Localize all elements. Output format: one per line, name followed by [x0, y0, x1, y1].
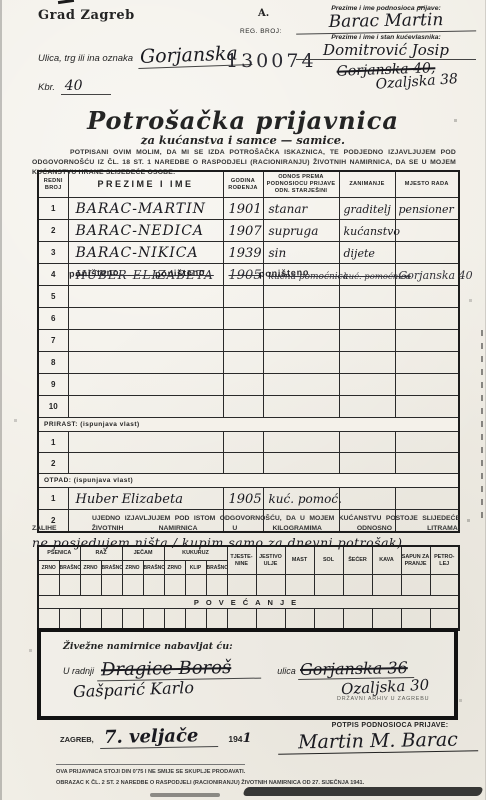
cell-year: 1939 — [223, 242, 263, 264]
cell-num: 9 — [38, 374, 68, 396]
cell-year: 1901 — [223, 198, 263, 220]
section-letter: A. — [258, 8, 269, 19]
supply-cell — [164, 609, 185, 631]
cell-relation — [263, 432, 339, 453]
supply-cell — [38, 609, 59, 631]
supply-cell — [314, 575, 343, 596]
household-members-table: REDNI BROJ PREZIME I IME GODINA ROĐENJA … — [37, 170, 460, 533]
cell-year — [223, 286, 263, 308]
form-title: Potrošačka prijavnica — [0, 106, 486, 135]
cell-name: BARAC-NIKICA — [68, 242, 223, 264]
cell-relation: kuć. pomoć. — [263, 488, 339, 510]
scanned-form-page: Grad Zagreb Ulica, trg ili ina oznaka Go… — [0, 0, 486, 800]
signature-handwritten: Martin M. Barac — [278, 728, 478, 754]
cell-occupation — [339, 286, 395, 308]
scan-mark-top — [58, 0, 74, 4]
supply-cell — [256, 575, 285, 596]
member-row-1: 1 BARAC-MARTIN 1901 stanar graditelj pen… — [38, 198, 459, 220]
name-handwritten: Huber Elizabeta — [76, 492, 183, 507]
col-jecam: JEČAM — [122, 546, 164, 561]
supply-cell — [372, 609, 401, 631]
cell-num: 10 — [38, 396, 68, 418]
sub-brasno: BRAŠNO — [206, 561, 227, 575]
workplace-handwritten — [396, 225, 399, 238]
prirast-row-2: 2 — [38, 453, 459, 474]
cell-num: 2 — [38, 453, 68, 474]
cell-name — [68, 330, 223, 352]
supply-cell — [80, 575, 101, 596]
cell-relation: stanar — [263, 198, 339, 220]
year-printed: 194 — [228, 734, 242, 744]
year-handwritten: 1905 — [224, 268, 262, 283]
cell-occupation: dijete — [339, 242, 395, 264]
supply-cell — [101, 609, 122, 631]
cell-occupation — [339, 432, 395, 453]
prirast-label: PRIRAST: (ispunjava vlast) — [38, 418, 459, 432]
cell-relation: sin — [263, 242, 339, 264]
cell-year: 1905 — [223, 264, 263, 286]
supplies-empty-row-2 — [38, 609, 459, 631]
scan-smudge — [242, 787, 483, 796]
supply-cell — [256, 609, 285, 631]
cell-year — [223, 308, 263, 330]
cell-year — [223, 453, 263, 474]
supply-cell — [122, 609, 143, 631]
cell-occupation: kuć. pomoćnica — [339, 264, 395, 286]
workplace-handwritten: Gorjanska 40 — [396, 269, 473, 282]
supply-cell — [164, 575, 185, 596]
applicant-name-handwritten: Barac Martin — [296, 10, 476, 34]
ponisteno-stamp: poništeno — [258, 267, 309, 279]
relation-handwritten: supruga — [264, 224, 319, 238]
cell-year — [223, 374, 263, 396]
cell-num: 3 — [38, 242, 68, 264]
cell-occupation: graditelj — [339, 198, 395, 220]
supply-cell — [343, 575, 372, 596]
supply-cell — [185, 575, 206, 596]
cell-name — [68, 286, 223, 308]
sub-klip: KLIP — [185, 561, 206, 575]
cell-num: 1 — [38, 432, 68, 453]
landlord-label: Prezime i ime i stan kućevlasnika: — [296, 34, 476, 41]
cell-occupation — [339, 488, 395, 510]
sub-zrno: ZRNO — [122, 561, 143, 575]
supply-cell — [59, 575, 80, 596]
supply-cell — [227, 609, 256, 631]
occupation-handwritten: dijete — [340, 247, 375, 260]
cell-name: BARAC-MARTIN — [68, 198, 223, 220]
date-handwritten: 7. veljače — [100, 725, 219, 749]
col-redni-broj: REDNI BROJ — [38, 171, 68, 198]
cell-workplace — [395, 308, 459, 330]
col-zanimanje: ZANIMANJE — [339, 171, 395, 198]
cell-name — [68, 396, 223, 418]
cell-num: 8 — [38, 352, 68, 374]
otpad-band: OTPAD: (ispunjava vlast) — [38, 474, 459, 488]
cell-relation — [263, 286, 339, 308]
shop-heading: Živežne namirnice nabavljat ću: — [63, 641, 233, 652]
supply-cell — [314, 609, 343, 631]
workplace-handwritten — [396, 247, 399, 260]
supplies-statement-printed: UJEDNO IZJAVLJUJEM POD ISTOM ODGOVORNOŠĆ… — [32, 515, 460, 532]
cell-num: 1 — [38, 198, 68, 220]
header-right-block: Prezime i ime podnosioca prijave: Barac … — [296, 4, 476, 92]
supply-cell — [59, 609, 80, 631]
cell-workplace — [395, 242, 459, 264]
occupation-handwritten: graditelj — [340, 203, 391, 216]
cell-relation: supruga — [263, 220, 339, 242]
form-subtitle: za kućanstva i samce — samice. — [0, 133, 486, 147]
col-kava: KAVA — [372, 546, 401, 575]
col-petrolej: PETRO- LEJ — [430, 546, 459, 575]
col-godina: GODINA ROĐENJA — [223, 171, 263, 198]
cell-workplace — [395, 286, 459, 308]
povecanje-band: POVEĆANJE — [38, 596, 459, 609]
cell-workplace: pensioner — [395, 198, 459, 220]
supply-cell — [285, 575, 314, 596]
radnji-label: U radnji — [63, 666, 94, 676]
member-row-8: 8 — [38, 352, 459, 374]
street-line: Ulica, trg ili ina oznaka Gorjanska — [38, 44, 251, 67]
cell-workplace — [395, 432, 459, 453]
supply-cell — [143, 575, 164, 596]
kbr-label: Kbr. — [38, 82, 55, 93]
landlord-name-handwritten: Domitrović Josip — [296, 41, 476, 60]
scan-dash-right — [481, 330, 483, 520]
city-name: Grad Zagreb — [38, 8, 135, 23]
year-handwritten: 1 — [243, 731, 252, 746]
sub-brasno: BRAŠNO — [143, 561, 164, 575]
cell-relation — [263, 330, 339, 352]
sub-zrno: ZRNO — [164, 561, 185, 575]
member-row-6: 6 — [38, 308, 459, 330]
cell-num: 6 — [38, 308, 68, 330]
occupation-handwritten: kućanstvo — [340, 225, 400, 238]
cell-workplace — [395, 220, 459, 242]
col-kukuruz: KUKURUZ — [164, 546, 227, 561]
cell-name — [68, 453, 223, 474]
year-handwritten: 1905 — [224, 492, 262, 507]
cell-num: 5 — [38, 286, 68, 308]
members-header-row: REDNI BROJ PREZIME I IME GODINA ROĐENJA … — [38, 171, 459, 198]
cell-relation — [263, 352, 339, 374]
member-row-3: 3 BARAC-NIKICA 1939 sin dijete — [38, 242, 459, 264]
supply-cell — [143, 609, 164, 631]
supply-cell — [343, 609, 372, 631]
sub-brasno: BRAŠNO — [59, 561, 80, 575]
otpad-label: OTPAD: (ispunjava vlast) — [38, 474, 459, 488]
supply-cell — [430, 575, 459, 596]
cell-name: Huber Elizabeta — [68, 488, 223, 510]
supply-cell — [185, 609, 206, 631]
ulica-label: ulica — [277, 666, 296, 676]
cell-occupation — [339, 374, 395, 396]
ponisteno-stamp: poništeno — [68, 267, 119, 279]
supply-cell — [401, 609, 430, 631]
cell-num: 2 — [38, 220, 68, 242]
col-tjestenine: TJESTE- NINE — [227, 546, 256, 575]
cell-workplace — [395, 396, 459, 418]
relation-handwritten: stanar — [264, 202, 308, 216]
year-handwritten: 1939 — [224, 246, 262, 261]
supply-cell — [206, 575, 227, 596]
cell-name — [68, 432, 223, 453]
cell-year — [223, 330, 263, 352]
supplies-table: PŠENICA RAŽ JEČAM KUKURUZ TJESTE- NINE J… — [37, 545, 460, 631]
supply-cell — [122, 575, 143, 596]
cell-occupation — [339, 396, 395, 418]
cell-num: 4 — [38, 264, 68, 286]
name-handwritten: BARAC-NIKICA — [76, 245, 199, 261]
col-mjesto-rada: MJESTO RADA — [395, 171, 459, 198]
cell-workplace — [395, 352, 459, 374]
cell-name: HUBER-ELIZABETA poništeno poništeno poni… — [68, 264, 223, 286]
col-secer: ŠEĆER — [343, 546, 372, 575]
supply-cell — [227, 575, 256, 596]
supply-cell — [38, 575, 59, 596]
year-handwritten: 1901 — [224, 202, 262, 217]
workplace-handwritten: pensioner — [396, 203, 454, 216]
col-prezime-ime: PREZIME I IME — [68, 171, 223, 198]
cell-name: BARAC-NEDICA — [68, 220, 223, 242]
cell-workplace — [395, 453, 459, 474]
povecanje-label: POVEĆANJE — [38, 596, 459, 609]
cell-name — [68, 308, 223, 330]
col-jestivo-ulje: JESTIVO ULJE — [256, 546, 285, 575]
street-label: Ulica, trg ili ina oznaka — [38, 53, 133, 64]
sub-brasno: BRAŠNO — [101, 561, 122, 575]
col-raz: RAŽ — [80, 546, 122, 561]
cell-year — [223, 352, 263, 374]
cell-occupation — [339, 330, 395, 352]
cell-workplace — [395, 330, 459, 352]
supply-cell — [285, 609, 314, 631]
cell-occupation — [339, 453, 395, 474]
date-line: ZAGREB, 7. veljače 1941 — [60, 726, 252, 748]
cell-relation — [263, 308, 339, 330]
member-row-2: 2 BARAC-NEDICA 1907 supruga kućanstvo — [38, 220, 459, 242]
cell-relation — [263, 396, 339, 418]
relation-handwritten: sin — [264, 246, 287, 260]
member-row-5: 5 — [38, 286, 459, 308]
otpad-row-1: 1 Huber Elizabeta 1905 kuć. pomoć. — [38, 488, 459, 510]
supply-cell — [372, 575, 401, 596]
supply-cell — [101, 575, 122, 596]
cell-year: 1905 — [223, 488, 263, 510]
cell-occupation: kućanstvo — [339, 220, 395, 242]
kbr-value-handwritten: 40 — [61, 78, 111, 95]
supplies-group-header-row: PŠENICA RAŽ JEČAM KUKURUZ TJESTE- NINE J… — [38, 546, 459, 561]
footer-notes: OVA PRIJAVNICA STOJI DIN 0'75 I NE SMIJE… — [56, 764, 456, 788]
scan-smudge — [150, 793, 220, 797]
supply-cell — [206, 609, 227, 631]
shop-street-new-handwritten: Ozaljska 30 — [341, 676, 430, 699]
cell-year: 1907 — [223, 220, 263, 242]
col-odnos: ODNOS PREMA PODNOSIOCU PRIJAVE ODN. STAR… — [263, 171, 339, 198]
name-handwritten: BARAC-NEDICA — [76, 223, 205, 239]
supply-cell — [430, 609, 459, 631]
cell-relation — [263, 374, 339, 396]
archive-stamp: DRŽAVNI ARHIV U ZAGREBU — [337, 696, 429, 702]
prirast-row-1: 1 — [38, 432, 459, 453]
sub-zrno: ZRNO — [38, 561, 59, 575]
cell-relation — [263, 453, 339, 474]
footer-line-2: OBRAZAC K ČL. 2 ST. 2 NAREDBE O RASPODJE… — [56, 780, 364, 786]
cell-workplace: Gorjanska 40 — [395, 264, 459, 286]
shop-name-new-handwritten: Gašparić Karlo — [73, 678, 195, 701]
footer-line-1: OVA PRIJAVNICA STOJI DIN 0'75 I NE SMIJE… — [56, 764, 245, 778]
place-label: ZAGREB, — [60, 735, 94, 744]
prirast-band: PRIRAST: (ispunjava vlast) — [38, 418, 459, 432]
col-psenica: PŠENICA — [38, 546, 80, 561]
shop-line: U radnji Dragice Boroš ulica Gorjanska 3… — [63, 658, 443, 680]
col-sol: SOL — [314, 546, 343, 575]
member-row-7: 7 — [38, 330, 459, 352]
shop-declaration-box: Živežne namirnice nabavljat ću: U radnji… — [37, 628, 458, 720]
sub-zrno: ZRNO — [80, 561, 101, 575]
cell-occupation — [339, 352, 395, 374]
relation-handwritten: kuć. pomoć. — [264, 492, 342, 506]
supplies-empty-row-1 — [38, 575, 459, 596]
cell-year — [223, 432, 263, 453]
col-sapun: SAPUN ZA PRANJE — [401, 546, 430, 575]
member-row-4-cancelled: 4 HUBER-ELIZABETA poništeno poništeno po… — [38, 264, 459, 286]
scan-specks — [0, 0, 1, 1]
cell-year — [223, 396, 263, 418]
house-number-line: Kbr. 40 — [38, 78, 111, 95]
member-row-9: 9 — [38, 374, 459, 396]
cell-occupation — [339, 308, 395, 330]
cell-num: 7 — [38, 330, 68, 352]
supply-cell — [401, 575, 430, 596]
year-handwritten: 1907 — [224, 224, 262, 239]
cell-name — [68, 374, 223, 396]
supply-cell — [80, 609, 101, 631]
cell-workplace — [395, 374, 459, 396]
cell-num: 1 — [38, 488, 68, 510]
cell-workplace — [395, 488, 459, 510]
name-handwritten: BARAC-MARTIN — [76, 201, 206, 217]
cell-name — [68, 352, 223, 374]
col-mast: MAST — [285, 546, 314, 575]
ponisteno-stamp: poništeno — [154, 267, 205, 279]
reg-broj-label: REG. BROJ: — [240, 28, 282, 35]
member-row-10: 10 — [38, 396, 459, 418]
